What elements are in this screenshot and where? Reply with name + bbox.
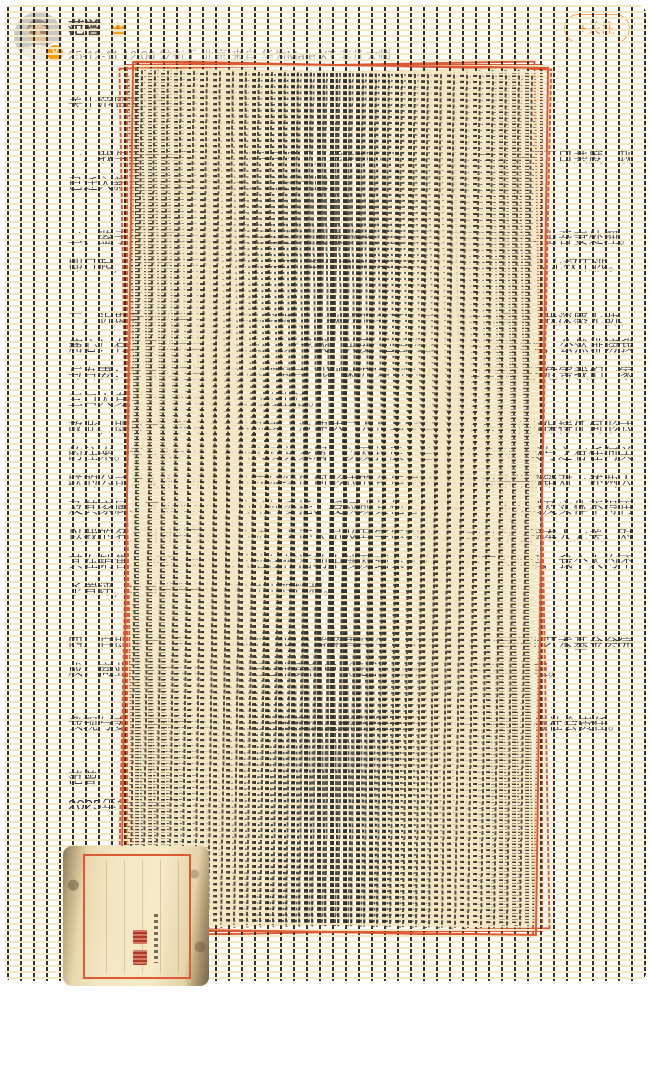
image-gallery: [63, 846, 650, 986]
handwritten-letter-photo-5[interactable]: [4, 5, 646, 981]
post-card: V 范曾 25-12-11 12:00 发布于 北京 来自 华为Mate XT …: [0, 0, 650, 986]
weibo-post-page: { "header": { "username": "范曾", "verifie…: [0, 0, 650, 1088]
letter-red-frame: [120, 61, 549, 935]
handwriting-columns: [126, 68, 543, 928]
signature-handwriting: [154, 914, 158, 962]
letter-red-frame: [83, 854, 191, 979]
handwritten-letter-photo-6-signature-seals[interactable]: [63, 846, 209, 986]
red-seal-stamp: [133, 930, 147, 944]
red-seal-stamp: [133, 950, 147, 965]
